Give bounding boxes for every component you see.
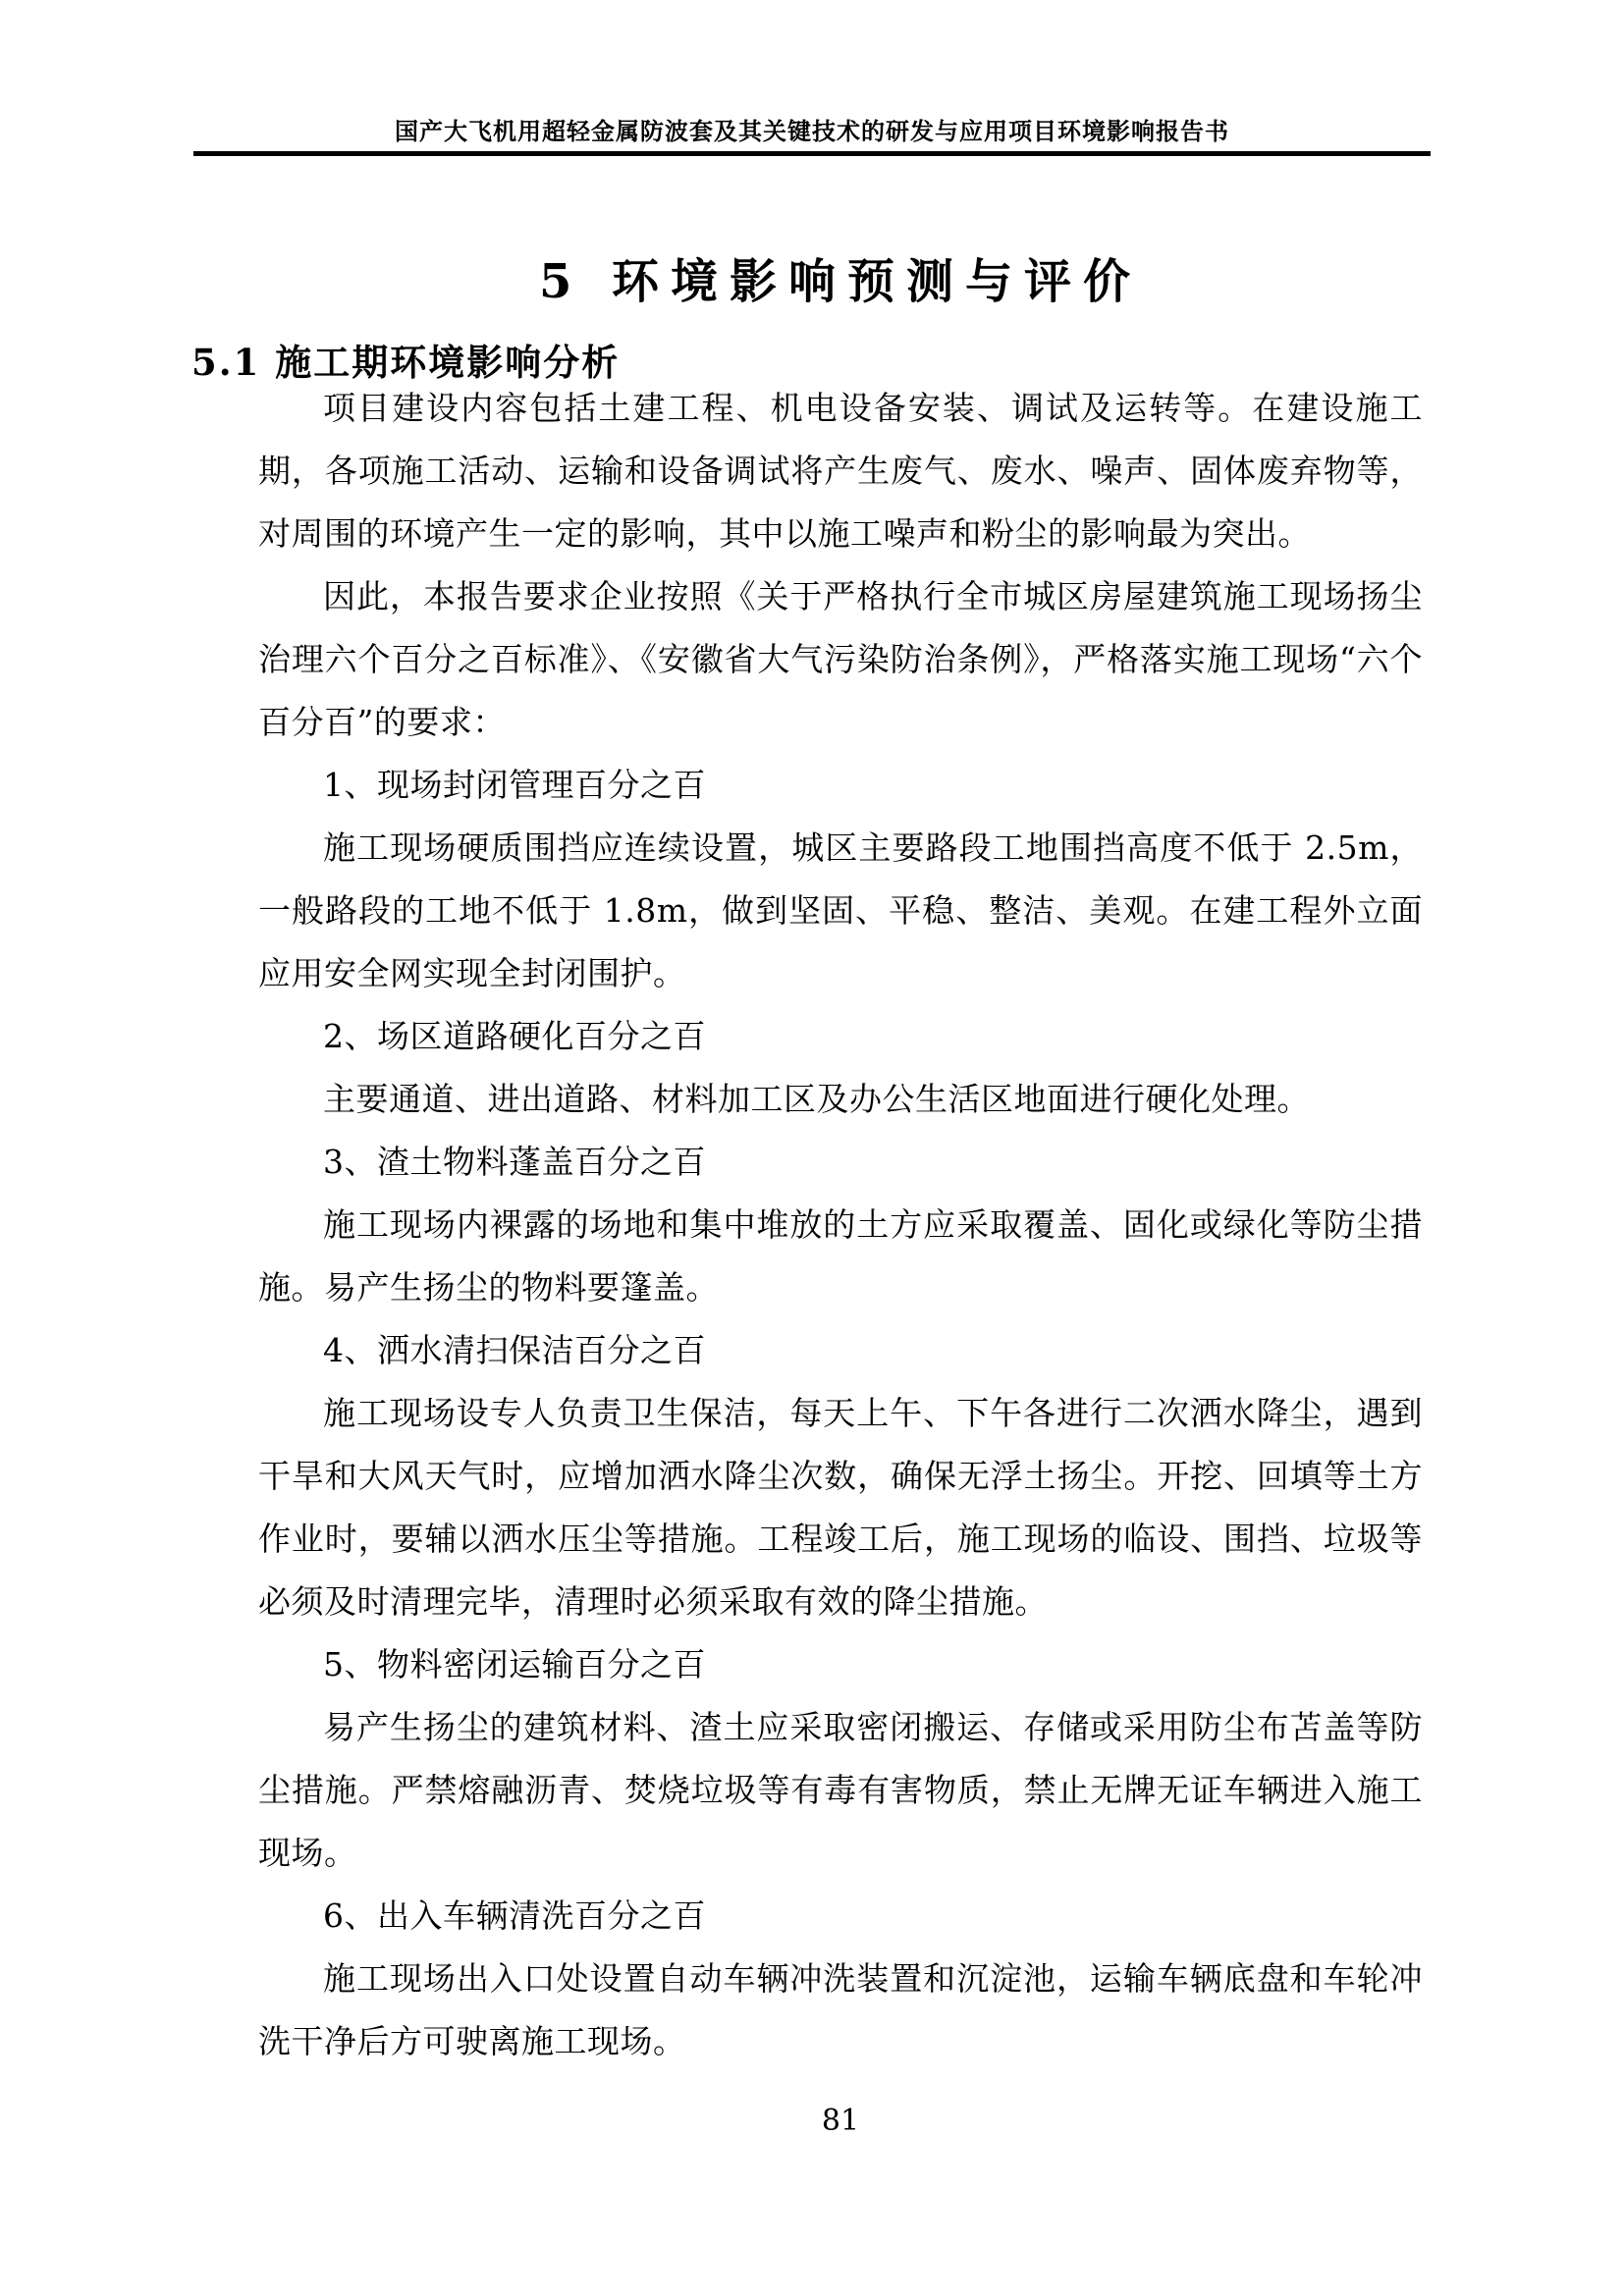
body-paragraph: 施工现场硬质围挡应连续设置，城区主要路段工地围挡高度不低于 2.5m，一般路段的… bbox=[258, 817, 1423, 1005]
body-paragraph: 项目建设内容包括土建工程、机电设备安装、调试及运转等。在建设施工期，各项施工活动… bbox=[258, 377, 1423, 565]
item-heading-6: 6、出入车辆清洗百分之百 bbox=[258, 1885, 1423, 1948]
item-heading-2: 2、场区道路硬化百分之百 bbox=[258, 1005, 1423, 1068]
item-heading-5: 5、物料密闭运输百分之百 bbox=[258, 1633, 1423, 1696]
body-paragraph: 施工现场设专人负责卫生保洁，每天上午、下午各进行二次洒水降尘，遇到干旱和大风天气… bbox=[258, 1382, 1423, 1633]
body-text-block: 项目建设内容包括土建工程、机电设备安装、调试及运转等。在建设施工期，各项施工活动… bbox=[258, 377, 1423, 2073]
page-header-title: 国产大飞机用超轻金属防波套及其关键技术的研发与应用项目环境影响报告书 bbox=[193, 116, 1431, 147]
body-paragraph: 易产生扬尘的建筑材料、渣土应采取密闭搬运、存储或采用防尘布苫盖等防尘措施。严禁熔… bbox=[258, 1696, 1423, 1885]
chapter-title: 5 环境影响预测与评价 bbox=[258, 253, 1423, 310]
page-number: 81 bbox=[258, 2103, 1423, 2140]
item-heading-1: 1、现场封闭管理百分之百 bbox=[258, 754, 1423, 817]
item-heading-3: 3、渣土物料蓬盖百分之百 bbox=[258, 1131, 1423, 1194]
item-heading-4: 4、洒水清扫保洁百分之百 bbox=[258, 1319, 1423, 1382]
header-divider-rule bbox=[193, 151, 1431, 156]
body-paragraph: 施工现场内裸露的场地和集中堆放的土方应采取覆盖、固化或绿化等防尘措施。易产生扬尘… bbox=[258, 1194, 1423, 1319]
body-paragraph: 因此，本报告要求企业按照《关于严格执行全市城区房屋建筑施工现场扬尘治理六个百分之… bbox=[258, 565, 1423, 754]
document-page: 国产大飞机用超轻金属防波套及其关键技术的研发与应用项目环境影响报告书 5 环境影… bbox=[0, 0, 1624, 2296]
body-paragraph: 主要通道、进出道路、材料加工区及办公生活区地面进行硬化处理。 bbox=[258, 1068, 1423, 1131]
body-paragraph: 施工现场出入口处设置自动车辆冲洗装置和沉淀池，运输车辆底盘和车轮冲洗干净后方可驶… bbox=[258, 1948, 1423, 2073]
